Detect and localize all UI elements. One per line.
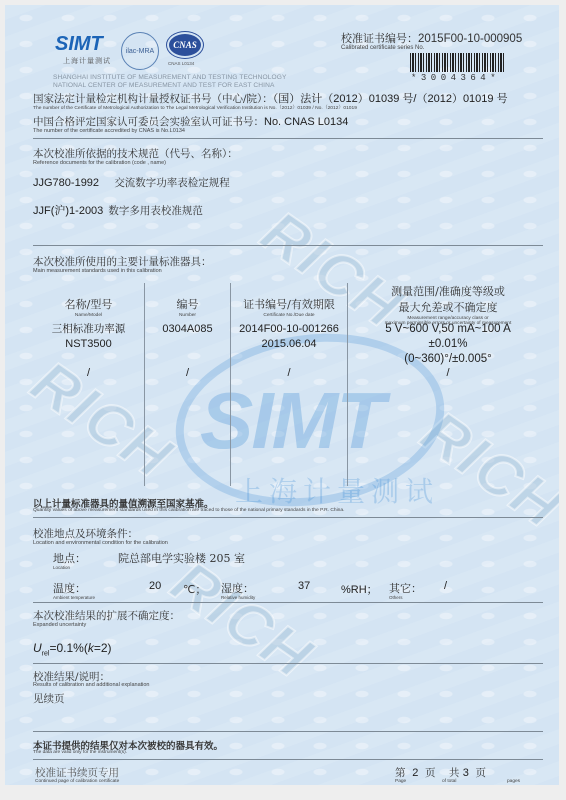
humidity-value: 37 — [298, 580, 310, 592]
continued-page-label: 校准证书续页专用 — [35, 765, 119, 780]
divider — [33, 663, 543, 664]
ilac-mra-logo: ilac-MRA — [121, 32, 159, 70]
cnas-value: No. CNAS L0134 — [264, 116, 348, 128]
barcode — [410, 53, 505, 72]
table-cell-name: / — [33, 366, 144, 381]
reference-doc-item: JJF(沪)1-2003 数字多用表校准规范 — [33, 199, 203, 218]
location-value: 院总部电学实验楼 205 室 — [118, 550, 245, 566]
reference-docs-en: Reference documents for the calibration … — [33, 160, 166, 166]
uncertainty-value: Urel=0.1%(k=2) — [33, 641, 112, 657]
page-current: 2 — [412, 767, 418, 779]
humidity-unit: %RH； — [341, 581, 378, 597]
table-cell-certificate: / — [231, 366, 347, 381]
temperature-label: 温度： — [53, 580, 86, 596]
divider — [33, 517, 543, 518]
reference-doc-item: JJG780-1992 交流数字功率表检定规程 — [33, 171, 230, 190]
page-indicator: 第 2 页 共 3 页 — [395, 765, 486, 780]
temperature-value: 20 — [149, 580, 161, 592]
table-cell-number: 0304A085 — [145, 322, 230, 337]
simt-logo: SIMT 上海计量测试 — [55, 33, 117, 63]
results-value: 见续页 — [33, 691, 65, 706]
simt-watermark-cn: 上海计量测试 — [235, 470, 439, 510]
standards-title: 本次校准所使用的主要计量标准器具： — [33, 254, 212, 269]
barcode-text: *3004364* — [411, 73, 500, 83]
divider — [33, 602, 543, 603]
validity-en: The data are valid only for the instrume… — [33, 750, 127, 755]
cnas-en: The number of the certificate accredited… — [33, 128, 185, 134]
table-cell-range: / — [348, 366, 548, 381]
cert-number-value: 2015F00-10-000905 — [418, 33, 522, 45]
uncertainty-en: Expanded uncertainty — [33, 622, 86, 628]
divider — [33, 245, 543, 246]
table-cell-name: 三相标准功率源 NST3500 — [33, 322, 144, 352]
column-header-range: 测量范围/准确度等级或 最大允差或不确定度 Measurement range/… — [348, 283, 548, 326]
temperature-unit: ℃； — [183, 581, 206, 597]
certificate-page: RICH RICH RICH RICH SIMT 上海计量测试 SIMT 上海计… — [5, 5, 559, 785]
page-en: Page — [395, 779, 406, 784]
traceability-en: Quantity values of above measurement sta… — [33, 508, 344, 513]
uncertainty-title: 本次校准结果的扩展不确定度： — [33, 608, 180, 623]
standards-en: Main measurement standards used in this … — [33, 268, 162, 274]
table-cell-certificate: 2014F00-10-001266 2015.06.04 — [231, 322, 347, 352]
table-cell-range: 5 V~600 V,50 mA~100 A ±0.01% (0~360)°/±0… — [348, 322, 548, 367]
divider — [33, 759, 543, 760]
rich-watermark-right: RICH — [409, 397, 559, 542]
simt-watermark: SIMT — [200, 375, 383, 467]
table-cell-number: / — [145, 366, 230, 381]
cert-number: 校准证书编号：2015F00-10-000905 — [341, 30, 522, 46]
cnas-logo: CNAS — [167, 32, 203, 58]
rich-watermark-bottom: RICH — [159, 547, 325, 692]
of-total-en: of total — [442, 779, 456, 784]
institute-name-en: SHANGHAI INSTITUTE OF MEASUREMENT AND TE… — [53, 74, 286, 90]
reference-docs-title: 本次校准所依据的技术规范（代号、名称）： — [33, 146, 238, 161]
pages-en: pages — [507, 779, 520, 784]
cnas-logo-number: CNAS L0134 — [168, 61, 194, 66]
cert-number-en: Calibrated certificate series No. — [341, 45, 424, 51]
location-label: 地点： — [53, 550, 86, 566]
temperature-label-en: Ambient temperature — [53, 595, 95, 600]
humidity-label-en: Relative humidity — [221, 595, 255, 600]
results-en: Results of calibration and additional ex… — [33, 682, 150, 688]
column-header-number: 编号Number — [145, 296, 230, 318]
others-label: 其它： — [389, 580, 422, 596]
column-header-name: 名称/型号Name/Model — [33, 296, 144, 318]
others-label-en: Others — [389, 595, 403, 600]
humidity-label: 湿度： — [221, 580, 254, 596]
location-label-en: Location — [53, 565, 70, 570]
column-header-certificate: 证书编号/有效期限Certificate No./Due date — [231, 296, 347, 318]
continued-page-en: Continued page of calibration certificat… — [35, 779, 119, 784]
cnas-line: 中国合格评定国家认可委员会实验室认可证书号：No. CNAS L0134 — [33, 114, 348, 129]
others-value: / — [444, 580, 447, 592]
divider — [33, 731, 543, 732]
authorization-en: The number of the Certificate of Metrolo… — [33, 104, 357, 111]
environment-en: Location and environmental condition for… — [33, 540, 168, 546]
environment-title: 校准地点及环境条件： — [33, 526, 138, 541]
page-total: 3 — [463, 767, 469, 779]
divider — [33, 138, 543, 139]
